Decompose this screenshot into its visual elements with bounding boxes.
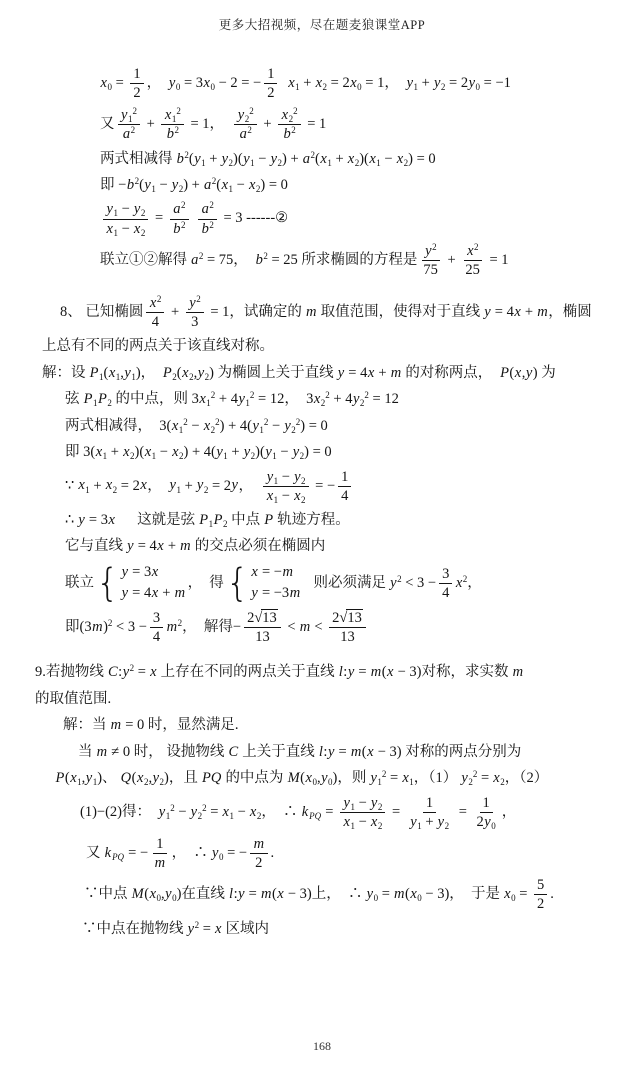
math-line: 联立①②解得 a2 = 75， b2 = 25 所求椭圆的方程是y275 + x… [0,242,644,279]
math-line: y1 − y2x1 − x2 = a2b2 a2b2 = 3 ------② [0,200,644,237]
math-line: 解：设 P1(x1,y1)， P2(x2,y2) 为椭圆上关于直线 y = 4x… [0,362,644,384]
math-line: ∵中点 M(x0,y0)在直线 l:y = m(x − 3)上， ∴ y0 = … [0,876,644,913]
math-line: ∵中点在抛物线 y2 = x 区域内 [0,918,644,940]
math-line: 8、 已知椭圆x24 + y23 = 1，试确定的 m 取值范围，使得对于直线 … [0,294,644,331]
math-line: 又 kPQ = −1m， ∴ y0 = −m2. [0,835,644,872]
math-line: 的取值范围. [0,688,644,710]
math-line: 解：当 m = 0 时，显然满足. [0,714,644,736]
math-line: x0 = 12， y0 = 3x0 − 2 = −12 x1 + x2 = 2x… [0,65,644,102]
section-problem7-solution: x0 = 12， y0 = 3x0 − 2 = −12 x1 + x2 = 2x… [0,65,644,279]
math-line: 即 −b2(y1 − y2) + a2(x1 − x2) = 0 [0,174,644,196]
math-line: ∴ y = 3x 这就是弦 P1P2 中点 P 轨迹方程。 [0,509,644,531]
math-line: 两式相减得 b2(y1 + y2)(y1 − y2) + a2(x1 + x2)… [0,148,644,170]
math-line: 弦 P1P2 的中点，则 3x12 + 4y12 = 12， 3x22 + 4y… [0,388,644,410]
math-line: P(x1,y1)、 Q(x2,y2)，且 PQ 的中点为 M(x0,y0)，则 … [0,767,644,789]
section-problem9: 9.若抛物线 C:y2 = x 上存在不同的两点关于直线 l:y = m(x −… [0,661,644,940]
math-line: (1)−(2)得： y12 − y22 = x1 − x2， ∴ kPQ = y… [0,794,644,831]
math-line: 即 3(x1 + x2)(x1 − x2) + 4(y1 + y2)(y1 − … [0,441,644,463]
page-header: 更多大招视频，尽在题麦狼课堂APP [0,0,644,33]
math-line: 联立{y = 3xy = 4x + m， 得{x = −my = −3m 则必须… [0,562,644,606]
math-content: x0 = 12， y0 = 3x0 − 2 = −12 x1 + x2 = 2x… [0,33,644,940]
math-line: 两式相减得， 3(x12 − x22) + 4(y12 − y22) = 0 [0,415,644,437]
math-line: ∵ x1 + x2 = 2x， y1 + y2 = 2y， y1 − y2x1 … [0,468,644,505]
section-problem8: 8、 已知椭圆x24 + y23 = 1，试确定的 m 取值范围，使得对于直线 … [0,294,644,647]
page-number: 168 [0,1039,644,1054]
math-line: 当 m ≠ 0 时， 设抛物线 C 上关于直线 l:y = m(x − 3) 对… [0,741,644,763]
math-line: 又y12a2 + x12b2 = 1， y22a2 + x22b2 = 1 [0,106,644,143]
math-line: 上总有不同的两点关于该直线对称。 [0,335,644,357]
math-line: 9.若抛物线 C:y2 = x 上存在不同的两点关于直线 l:y = m(x −… [0,661,644,683]
math-line: 即(3m)2 < 3 −34m2， 解得−2√1313 < m < 2√1313 [0,609,644,646]
math-line: 它与直线 y = 4x + m 的交点必须在椭圆内 [0,535,644,557]
